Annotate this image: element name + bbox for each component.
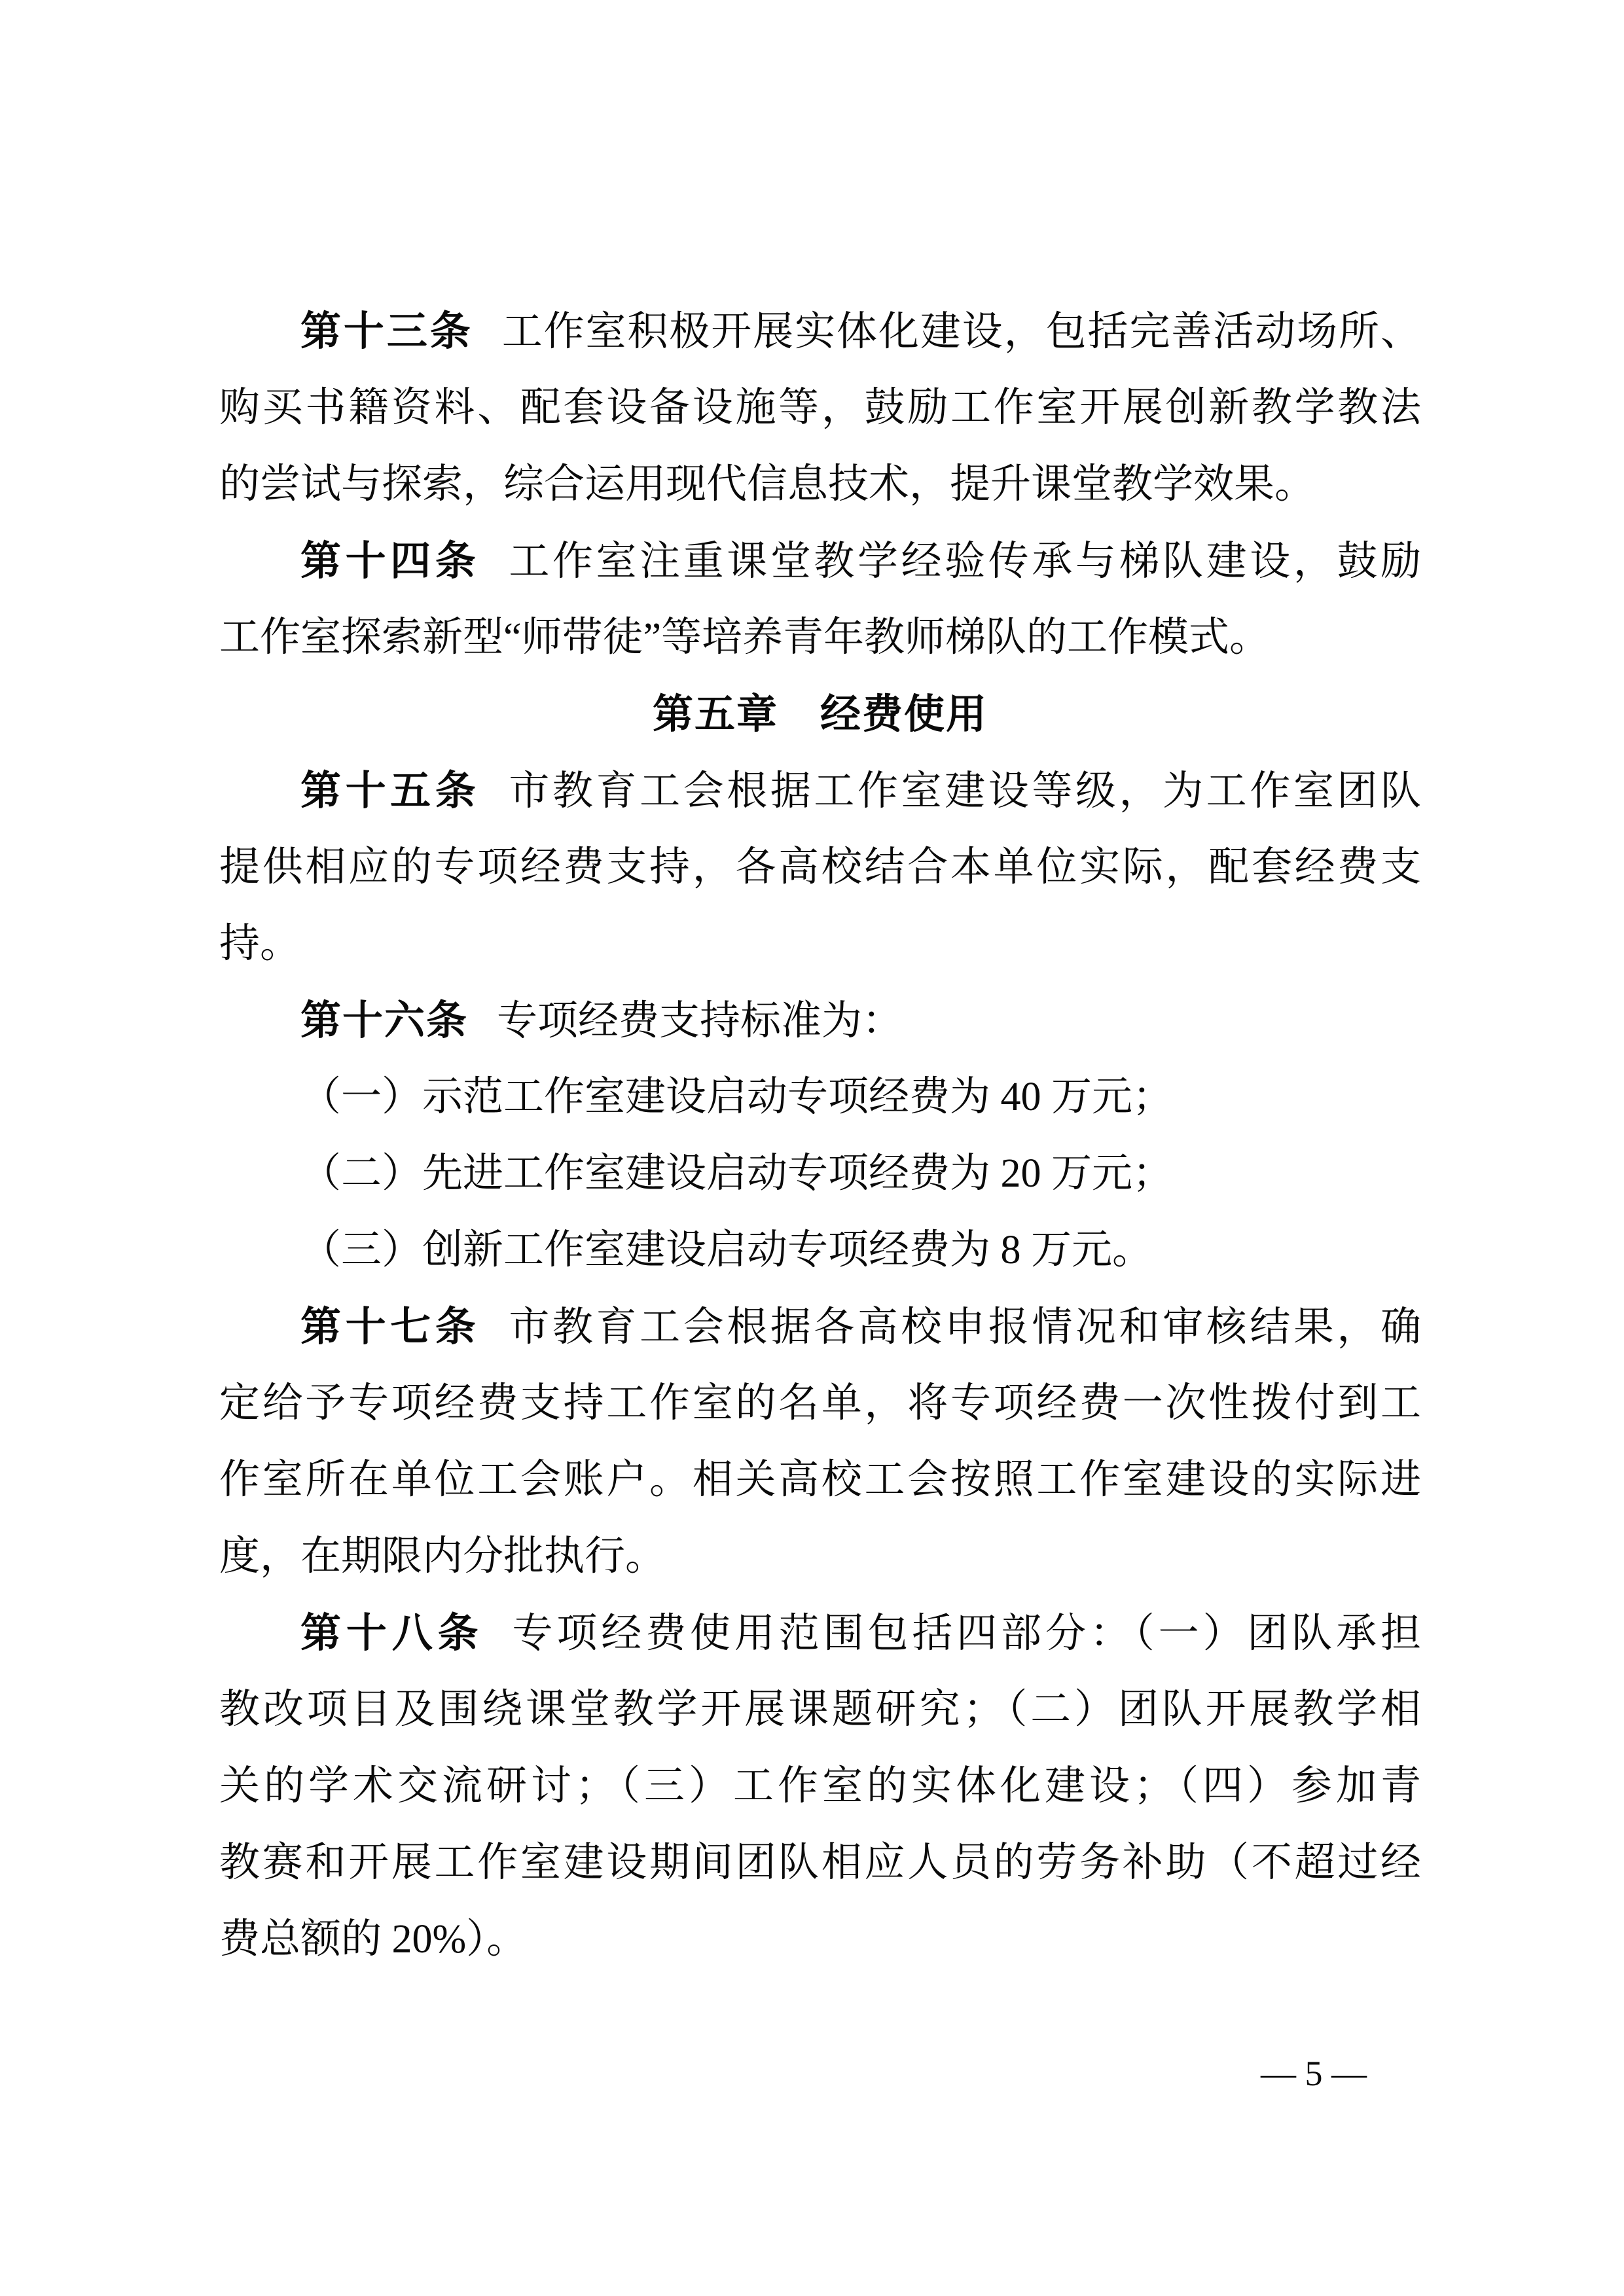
line-text: 度，在期限内分批执行。 [219,1534,666,1579]
document-body: 第十三条工作室积极开展实体化建设，包括完善活动场所、购买书籍资料、配套设备设施等… [219,293,1421,1978]
article-number: 第十三条 [300,309,473,354]
line-text: （二）先进工作室建设启动专项经费为 20 万元； [300,1151,1173,1196]
document-page: 第十三条工作室积极开展实体化建设，包括完善活动场所、购买书籍资料、配套设备设施等… [0,0,1624,2296]
line-text: 教改项目及围绕课堂教学开展课题研究；（二）团队开展教学相 [219,1687,1421,1732]
line-text: 提供相应的专项经费支持，各高校结合本单位实际，配套经费支 [219,845,1421,889]
text-line: 第十七条市教育工会根据各高校申报情况和审核结果，确 [219,1289,1421,1365]
text-line: 购买书籍资料、配套设备设施等，鼓励工作室开展创新教学教法 [219,370,1421,446]
article-number: 第十八条 [300,1611,484,1656]
text-line: （一）示范工作室建设启动专项经费为 40 万元； [219,1059,1421,1136]
line-text: 工作室积极开展实体化建设，包括完善活动场所、 [502,310,1421,354]
text-line: 持。 [219,906,1421,982]
chapter-heading: 第五章 经费使用 [219,676,1421,753]
text-line: （三）创新工作室建设启动专项经费为 8 万元。 [219,1212,1421,1289]
text-line: 提供相应的专项经费支持，各高校结合本单位实际，配套经费支 [219,829,1421,906]
line-text: 市教育工会根据工作室建设等级，为工作室团队 [509,769,1421,814]
line-text: 定给予专项经费支持工作室的名单，将专项经费一次性拨付到工 [219,1381,1421,1426]
text-line: 教改项目及围绕课堂教学开展课题研究；（二）团队开展教学相 [219,1672,1421,1748]
text-line: 度，在期限内分批执行。 [219,1518,1421,1595]
line-text: 专项经费支持标准为： [497,999,903,1043]
article-number: 第十五条 [300,768,480,814]
line-text: 专项经费使用范围包括四部分：（一）团队承担 [513,1611,1421,1656]
line-text: 工作室探索新型“师带徒”等培养青年教师梯队的工作模式。 [219,615,1270,660]
text-line: 的尝试与探索，综合运用现代信息技术，提升课堂教学效果。 [219,446,1421,523]
line-text: 的尝试与探索，综合运用现代信息技术，提升课堂教学效果。 [219,462,1315,507]
text-line: 定给予专项经费支持工作室的名单，将专项经费一次性拨付到工 [219,1365,1421,1442]
text-line: 第十三条工作室积极开展实体化建设，包括完善活动场所、 [219,293,1421,370]
line-text: 购买书籍资料、配套设备设施等，鼓励工作室开展创新教学教法 [219,386,1421,430]
text-line: 第十四条工作室注重课堂教学经验传承与梯队建设，鼓励 [219,523,1421,600]
text-line: 关的学术交流研讨；（三）工作室的实体化建设；（四）参加青 [219,1748,1421,1825]
line-text: （一）示范工作室建设启动专项经费为 40 万元； [300,1075,1173,1119]
text-line: 第十八条专项经费使用范围包括四部分：（一）团队承担 [219,1595,1421,1672]
text-line: 第十五条市教育工会根据工作室建设等级，为工作室团队 [219,753,1421,829]
line-text: 持。 [219,922,300,966]
text-line: 工作室探索新型“师带徒”等培养青年教师梯队的工作模式。 [219,600,1421,676]
article-number: 第十四条 [300,539,480,584]
line-text: 关的学术交流研讨；（三）工作室的实体化建设；（四）参加青 [219,1764,1421,1808]
text-line: （二）先进工作室建设启动专项经费为 20 万元； [219,1136,1421,1212]
line-text: （三）创新工作室建设启动专项经费为 8 万元。 [300,1228,1153,1272]
text-line: 作室所在单位工会账户。相关高校工会按照工作室建设的实际进 [219,1442,1421,1518]
text-line: 费总额的 20%）。 [219,1901,1421,1978]
line-text: 作室所在单位工会账户。相关高校工会按照工作室建设的实际进 [219,1458,1421,1502]
text-line: 第十六条专项经费支持标准为： [219,982,1421,1059]
article-number: 第十六条 [300,998,468,1043]
text-line: 教赛和开展工作室建设期间团队相应人员的劳务补助（不超过经 [219,1825,1421,1901]
chapter-title-text: 第五章 经费使用 [653,692,988,737]
line-text: 教赛和开展工作室建设期间团队相应人员的劳务补助（不超过经 [219,1840,1421,1885]
line-text: 工作室注重课堂教学经验传承与梯队建设，鼓励 [509,539,1421,584]
article-number: 第十七条 [300,1304,480,1350]
line-text: 市教育工会根据各高校申报情况和审核结果，确 [509,1305,1421,1350]
line-text: 费总额的 20%）。 [219,1917,527,1962]
page-number: — 5 — [1242,2051,1386,2096]
